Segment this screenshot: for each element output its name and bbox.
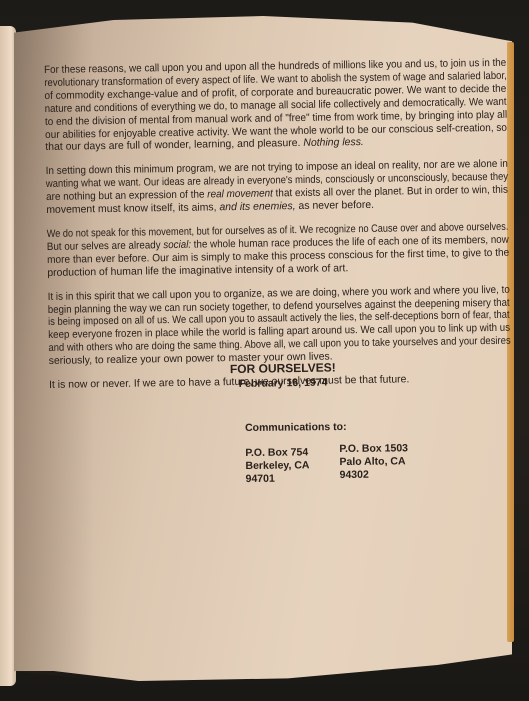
address-line: 94302 bbox=[340, 468, 409, 482]
address-berkeley: P.O. Box 754 Berkeley, CA 94701 bbox=[245, 446, 309, 486]
text-run: But our selves are already bbox=[47, 239, 164, 253]
paragraph: It is in this spirit that we call upon y… bbox=[48, 283, 517, 368]
emphasis-text: social: bbox=[163, 239, 191, 251]
text-run: movement must know itself, its aims, bbox=[46, 201, 219, 216]
text-run: as never before. bbox=[295, 199, 374, 212]
document-body: For these reasons, we call upon you and … bbox=[44, 57, 517, 403]
emphasis-text: and its enemies, bbox=[219, 200, 295, 213]
signature-block: FOR OURSELVES! February 16, 1974 bbox=[49, 358, 517, 394]
paragraph: We do not speak for this movement, but f… bbox=[47, 221, 516, 280]
left-page-edge bbox=[0, 26, 16, 686]
address-line: Palo Alto, CA bbox=[339, 455, 408, 469]
paragraph: In setting down this minimum program, we… bbox=[46, 158, 515, 217]
address-line: 94701 bbox=[246, 472, 310, 486]
address-line: Berkeley, CA bbox=[245, 459, 309, 473]
address-line: P.O. Box 1503 bbox=[339, 442, 408, 456]
address-line: P.O. Box 754 bbox=[245, 446, 309, 460]
emphasis-text: real movement bbox=[207, 188, 273, 201]
address-list: P.O. Box 754 Berkeley, CA 94701 P.O. Box… bbox=[245, 445, 408, 486]
paragraph: For these reasons, we call upon you and … bbox=[44, 57, 513, 155]
communications-label: Communications to: bbox=[245, 420, 408, 435]
body-text: For these reasons, we call upon you and … bbox=[44, 57, 517, 392]
address-palo-alto: P.O. Box 1503 Palo Alto, CA 94302 bbox=[339, 442, 408, 485]
communications-block: Communications to: P.O. Box 754 Berkeley… bbox=[245, 420, 408, 486]
emphasis-text: Nothing less. bbox=[303, 136, 364, 149]
